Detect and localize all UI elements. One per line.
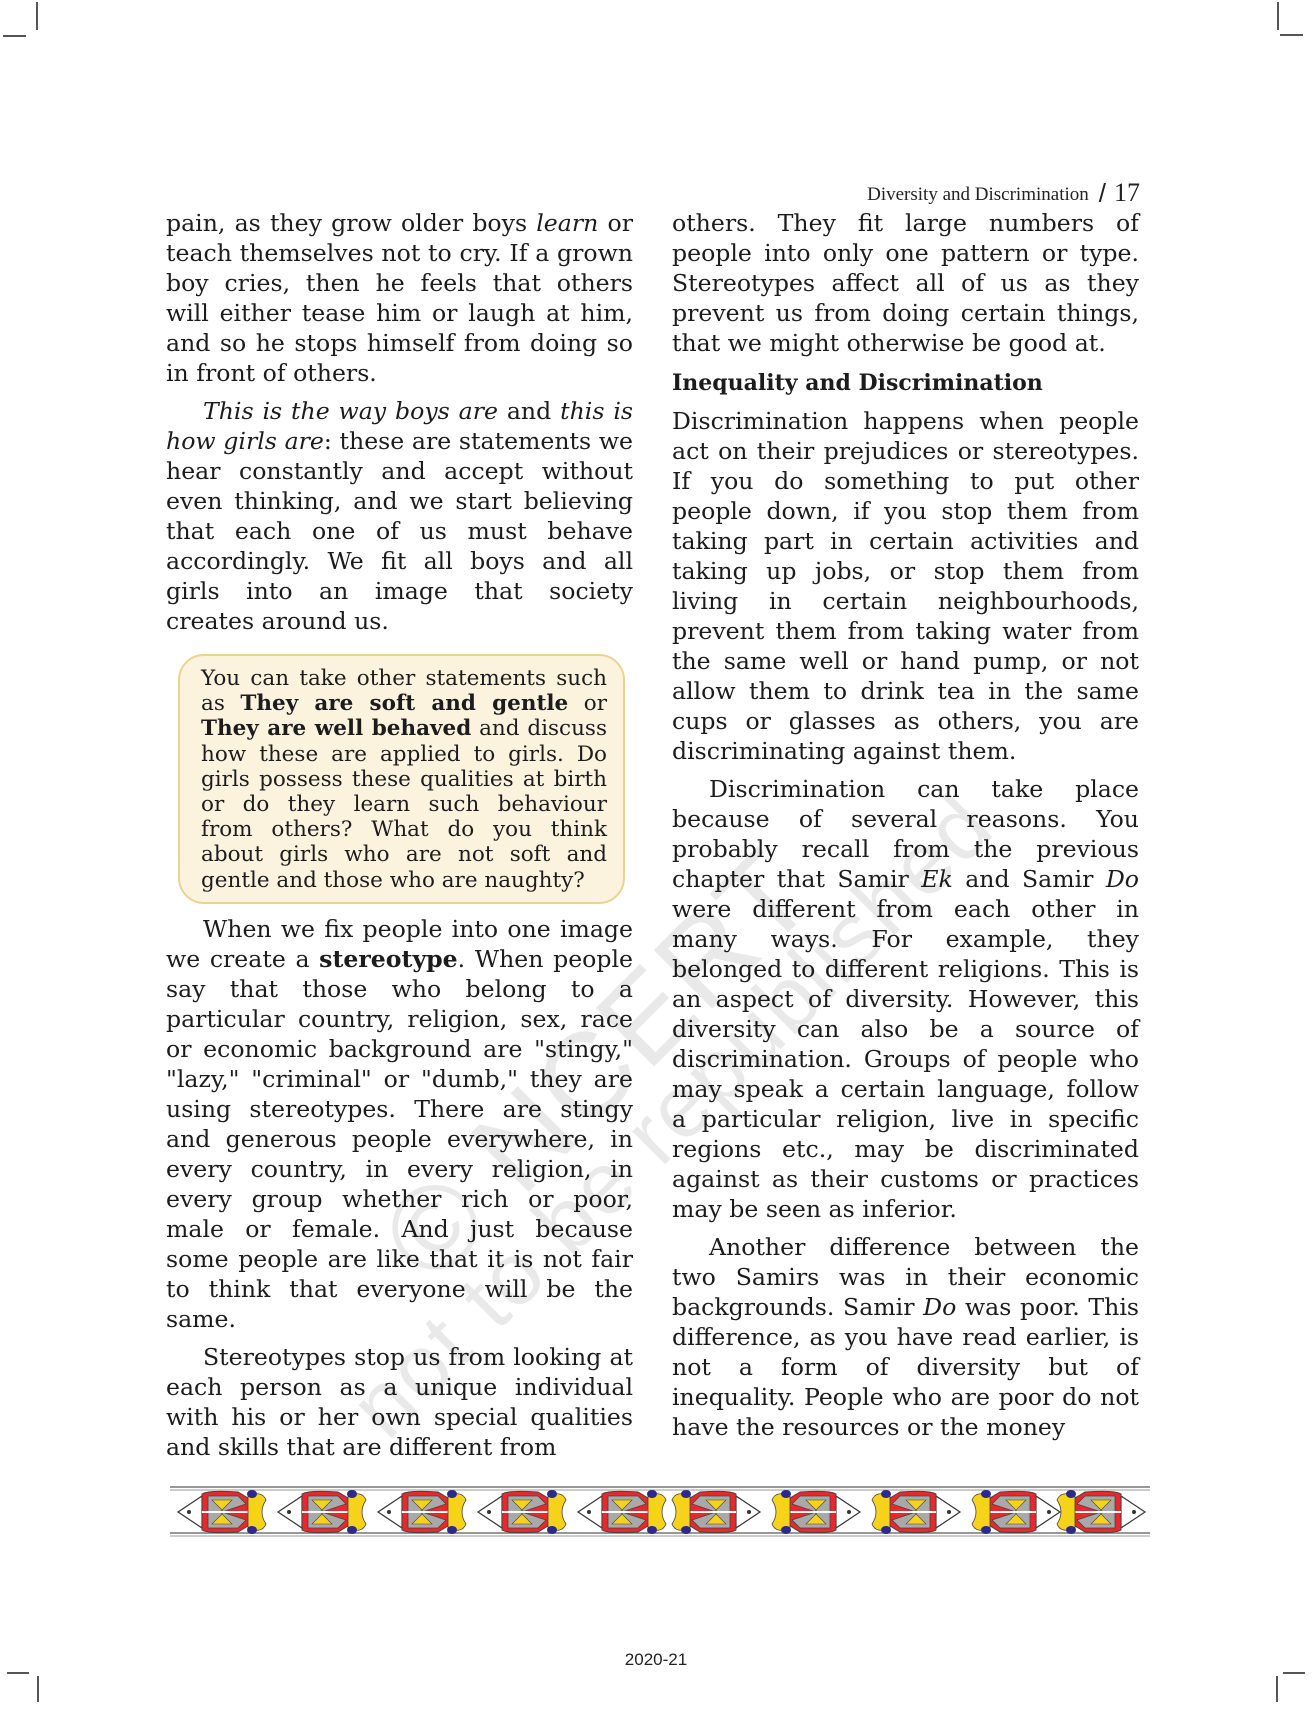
italic-text: Ek <box>921 865 953 893</box>
discussion-callout-box: You can take other statements such as Th… <box>178 654 625 904</box>
paragraph: When we fix people into one image we cre… <box>166 914 633 1334</box>
crop-mark-tr-h <box>1280 34 1303 36</box>
paragraph: pain, as they grow older boys learn or t… <box>166 208 633 388</box>
fish-border-icon <box>170 1484 1150 1540</box>
text: : these are statements we hear constantl… <box>166 427 633 635</box>
bold-text: They are well behaved <box>201 716 471 741</box>
text: or <box>568 691 607 716</box>
left-column: pain, as they grow older boys learn or t… <box>166 208 633 1462</box>
paragraph: Discrimination happens when people act o… <box>672 406 1139 766</box>
header-separator: / <box>1099 178 1106 208</box>
italic-text: learn <box>536 209 598 237</box>
text: and discuss how these are applied to gir… <box>201 716 607 892</box>
bold-term-stereotype: stereotype <box>319 945 458 973</box>
paragraph: others. They fit large numbers of people… <box>672 208 1139 358</box>
crop-mark-br-v <box>1276 1676 1278 1702</box>
crop-mark-bl-h <box>7 1672 29 1674</box>
crop-mark-bl-v <box>37 1676 39 1702</box>
text: . When people say that those who belong … <box>166 945 633 1333</box>
crop-mark-tl-v <box>36 2 38 30</box>
italic-text: This is the way boys are <box>203 397 498 425</box>
crop-mark-tr-v <box>1277 2 1279 30</box>
page-number: 17 <box>1114 178 1140 207</box>
paragraph: Stereotypes stop us from looking at each… <box>166 1342 633 1462</box>
chapter-title: Diversity and Discrimination <box>867 184 1089 205</box>
spacer <box>166 388 633 396</box>
crop-mark-br-h <box>1283 1672 1305 1674</box>
right-column: others. They fit large numbers of people… <box>672 208 1139 1442</box>
crop-mark-tl-h <box>3 35 26 37</box>
spacer <box>166 1334 633 1342</box>
callout-text: You can take other statements such as Th… <box>201 666 607 893</box>
footer-year: 2020-21 <box>0 1650 1312 1670</box>
spacer <box>672 766 1139 774</box>
running-header: Diversity and Discrimination/17 <box>867 176 1140 207</box>
text: and <box>498 397 560 425</box>
text: and Samir <box>953 865 1106 893</box>
spacer <box>672 1224 1139 1232</box>
paragraph: Another difference between the two Samir… <box>672 1232 1139 1442</box>
bold-text: They are soft and gentle <box>240 691 568 716</box>
paragraph: Discrimination can take place because of… <box>672 774 1139 1224</box>
decorative-fish-border <box>170 1484 1150 1540</box>
section-heading: Inequality and Discrimination <box>672 368 1139 398</box>
italic-text: Do <box>923 1293 956 1321</box>
paragraph: This is the way boys are and this is how… <box>166 396 633 636</box>
text: pain, as they grow older boys <box>166 209 536 237</box>
italic-text: Do <box>1106 865 1139 893</box>
text: were different from each other in many w… <box>672 895 1139 1223</box>
